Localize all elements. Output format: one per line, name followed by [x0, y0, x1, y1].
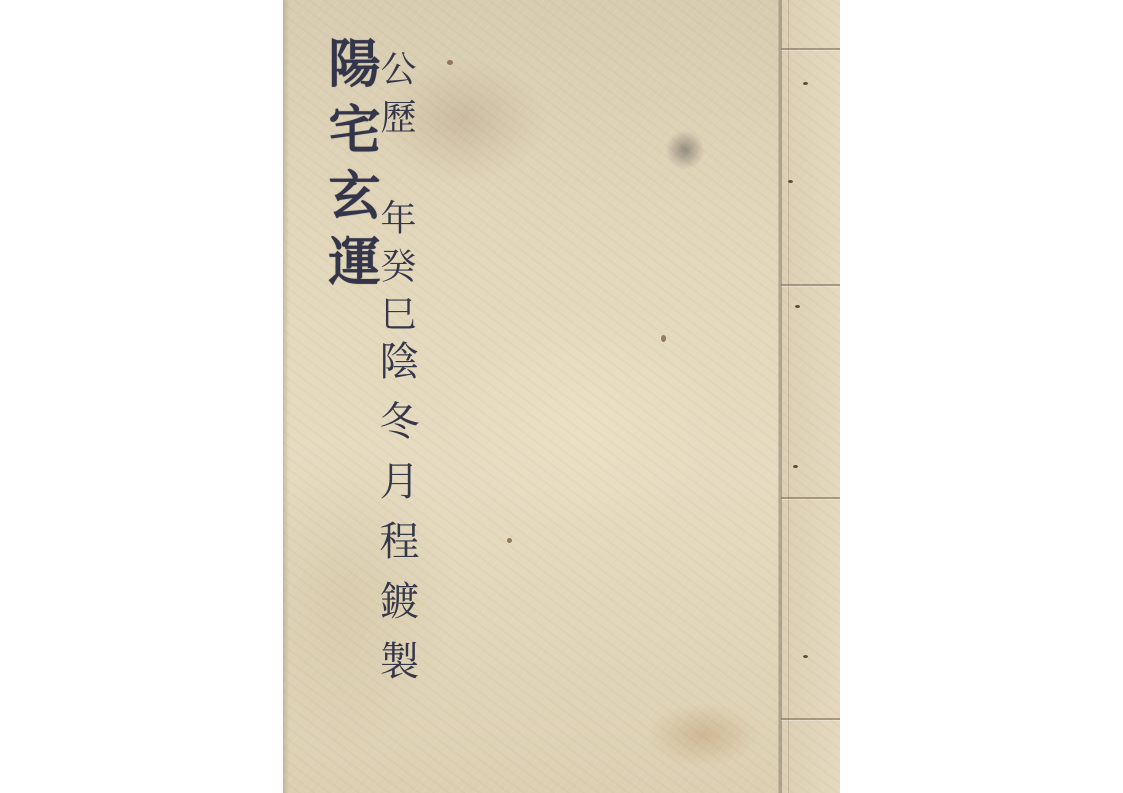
paper-spot: [507, 538, 512, 543]
stitch-hole: [803, 655, 808, 658]
stitch-hole: [788, 180, 793, 183]
book-spine-binding: [781, 0, 840, 793]
paper-spot: [661, 335, 666, 342]
page-left-edge: [283, 0, 289, 793]
binding-stitch: [781, 718, 840, 720]
stitch-hole: [803, 82, 808, 85]
binding-stitch: [781, 48, 840, 50]
inscription-date-bottom: 陰冬月程鍍製: [368, 340, 425, 700]
inscription-date-top: 公歷 年癸巳: [370, 50, 421, 343]
stitch-hole: [795, 305, 800, 308]
spine-fold-line: [778, 0, 782, 793]
spine-inner-line: [788, 0, 789, 793]
paper-spot: [447, 60, 453, 65]
ink-smudge: [665, 130, 705, 170]
binding-stitch: [781, 284, 840, 286]
stitch-hole: [793, 465, 798, 468]
binding-stitch: [781, 497, 840, 499]
